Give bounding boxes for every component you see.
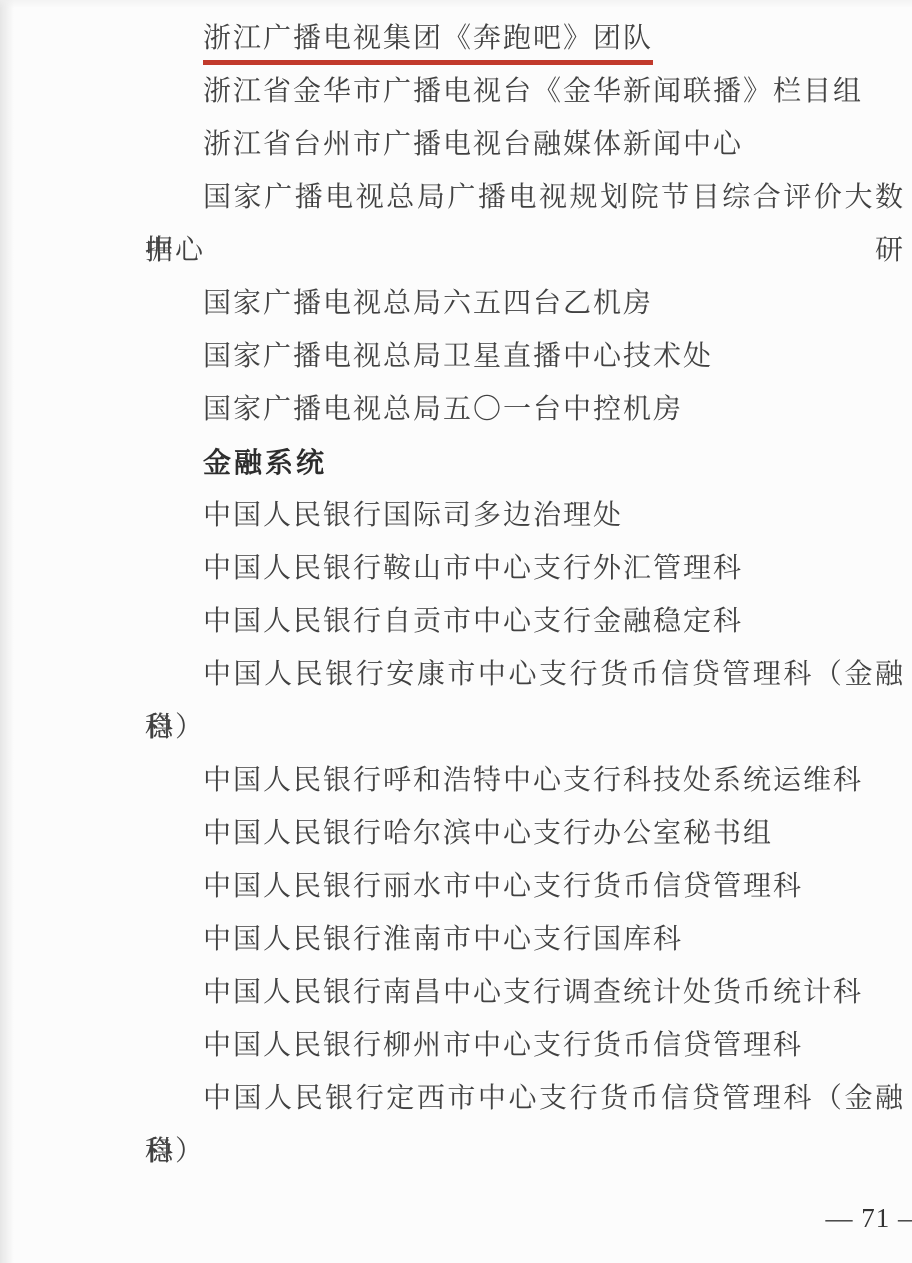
entry-line: 中国人民银行国际司多边治理处 xyxy=(145,489,905,542)
list-entry: 浙江广播电视集团《奔跑吧》团队 xyxy=(145,12,905,65)
list-entry: 中国人民银行自贡市中心支行金融稳定科 xyxy=(145,595,905,648)
page-number: — 71 — xyxy=(826,1196,912,1240)
entry-line: 国家广播电视总局六五四台乙机房 xyxy=(145,277,905,330)
list-entry: 中国人民银行哈尔滨中心支行办公室秘书组 xyxy=(145,807,905,860)
entry-line: 中国人民银行定西市中心支行货币信贷管理科（金融稳 xyxy=(145,1072,905,1125)
entry-line: 中国人民银行鞍山市中心支行外汇管理科 xyxy=(145,542,905,595)
list-entry: 中国人民银行柳州市中心支行货币信贷管理科 xyxy=(145,1019,905,1072)
scan-edge-shadow-left xyxy=(0,0,14,1263)
list-entry: 中国人民银行丽水市中心支行货币信贷管理科 xyxy=(145,860,905,913)
red-underline-mark: 浙江广播电视集团《奔跑吧》团队 xyxy=(203,23,653,65)
scan-edge-shadow-top xyxy=(0,0,912,8)
entry-line: 科） xyxy=(145,1125,905,1178)
entry-line: 中国人民银行自贡市中心支行金融稳定科 xyxy=(145,595,905,648)
list-entry: 中国人民银行安康市中心支行货币信贷管理科（金融稳科） xyxy=(145,648,905,754)
entry-line: 浙江广播电视集团《奔跑吧》团队 xyxy=(145,12,905,65)
list-entry: 浙江省台州市广播电视台融媒体新闻中心 xyxy=(145,118,905,171)
entry-line: 中国人民银行呼和浩特中心支行科技处系统运维科 xyxy=(145,754,905,807)
entry-line: 中国人民银行安康市中心支行货币信贷管理科（金融稳 xyxy=(145,648,905,701)
list-entry: 国家广播电视总局广播电视规划院节目综合评价大数据研中心 xyxy=(145,171,905,277)
award-list: 浙江广播电视集团《奔跑吧》团队浙江省金华市广播电视台《金华新闻联播》栏目组浙江省… xyxy=(145,12,905,1178)
list-entry: 国家广播电视总局五〇一台中控机房 xyxy=(145,383,905,436)
entry-line: 国家广播电视总局五〇一台中控机房 xyxy=(145,383,905,436)
list-entry: 中国人民银行南昌中心支行调查统计处货币统计科 xyxy=(145,966,905,1019)
entry-line: 中国人民银行淮南市中心支行国库科 xyxy=(145,913,905,966)
entry-line: 浙江省金华市广播电视台《金华新闻联播》栏目组 xyxy=(145,65,905,118)
list-entry: 中国人民银行国际司多边治理处 xyxy=(145,489,905,542)
document-page: 浙江广播电视集团《奔跑吧》团队浙江省金华市广播电视台《金华新闻联播》栏目组浙江省… xyxy=(0,0,912,1263)
list-entry: 中国人民银行鞍山市中心支行外汇管理科 xyxy=(145,542,905,595)
section-heading: 金融系统 xyxy=(145,436,905,489)
entry-line: 中国人民银行哈尔滨中心支行办公室秘书组 xyxy=(145,807,905,860)
list-entry: 中国人民银行定西市中心支行货币信贷管理科（金融稳科） xyxy=(145,1072,905,1178)
list-entry: 国家广播电视总局六五四台乙机房 xyxy=(145,277,905,330)
list-entry: 浙江省金华市广播电视台《金华新闻联播》栏目组 xyxy=(145,65,905,118)
heading-text: 金融系统 xyxy=(145,436,905,489)
entry-line: 中国人民银行柳州市中心支行货币信贷管理科 xyxy=(145,1019,905,1072)
entry-line: 国家广播电视总局卫星直播中心技术处 xyxy=(145,330,905,383)
entry-line: 中国人民银行丽水市中心支行货币信贷管理科 xyxy=(145,860,905,913)
entry-line: 中国人民银行南昌中心支行调查统计处货币统计科 xyxy=(145,966,905,1019)
entry-line: 国家广播电视总局广播电视规划院节目综合评价大数据研 xyxy=(145,171,905,224)
entry-line: 科） xyxy=(145,701,905,754)
list-entry: 中国人民银行呼和浩特中心支行科技处系统运维科 xyxy=(145,754,905,807)
list-entry: 中国人民银行淮南市中心支行国库科 xyxy=(145,913,905,966)
entry-line: 浙江省台州市广播电视台融媒体新闻中心 xyxy=(145,118,905,171)
list-entry: 国家广播电视总局卫星直播中心技术处 xyxy=(145,330,905,383)
